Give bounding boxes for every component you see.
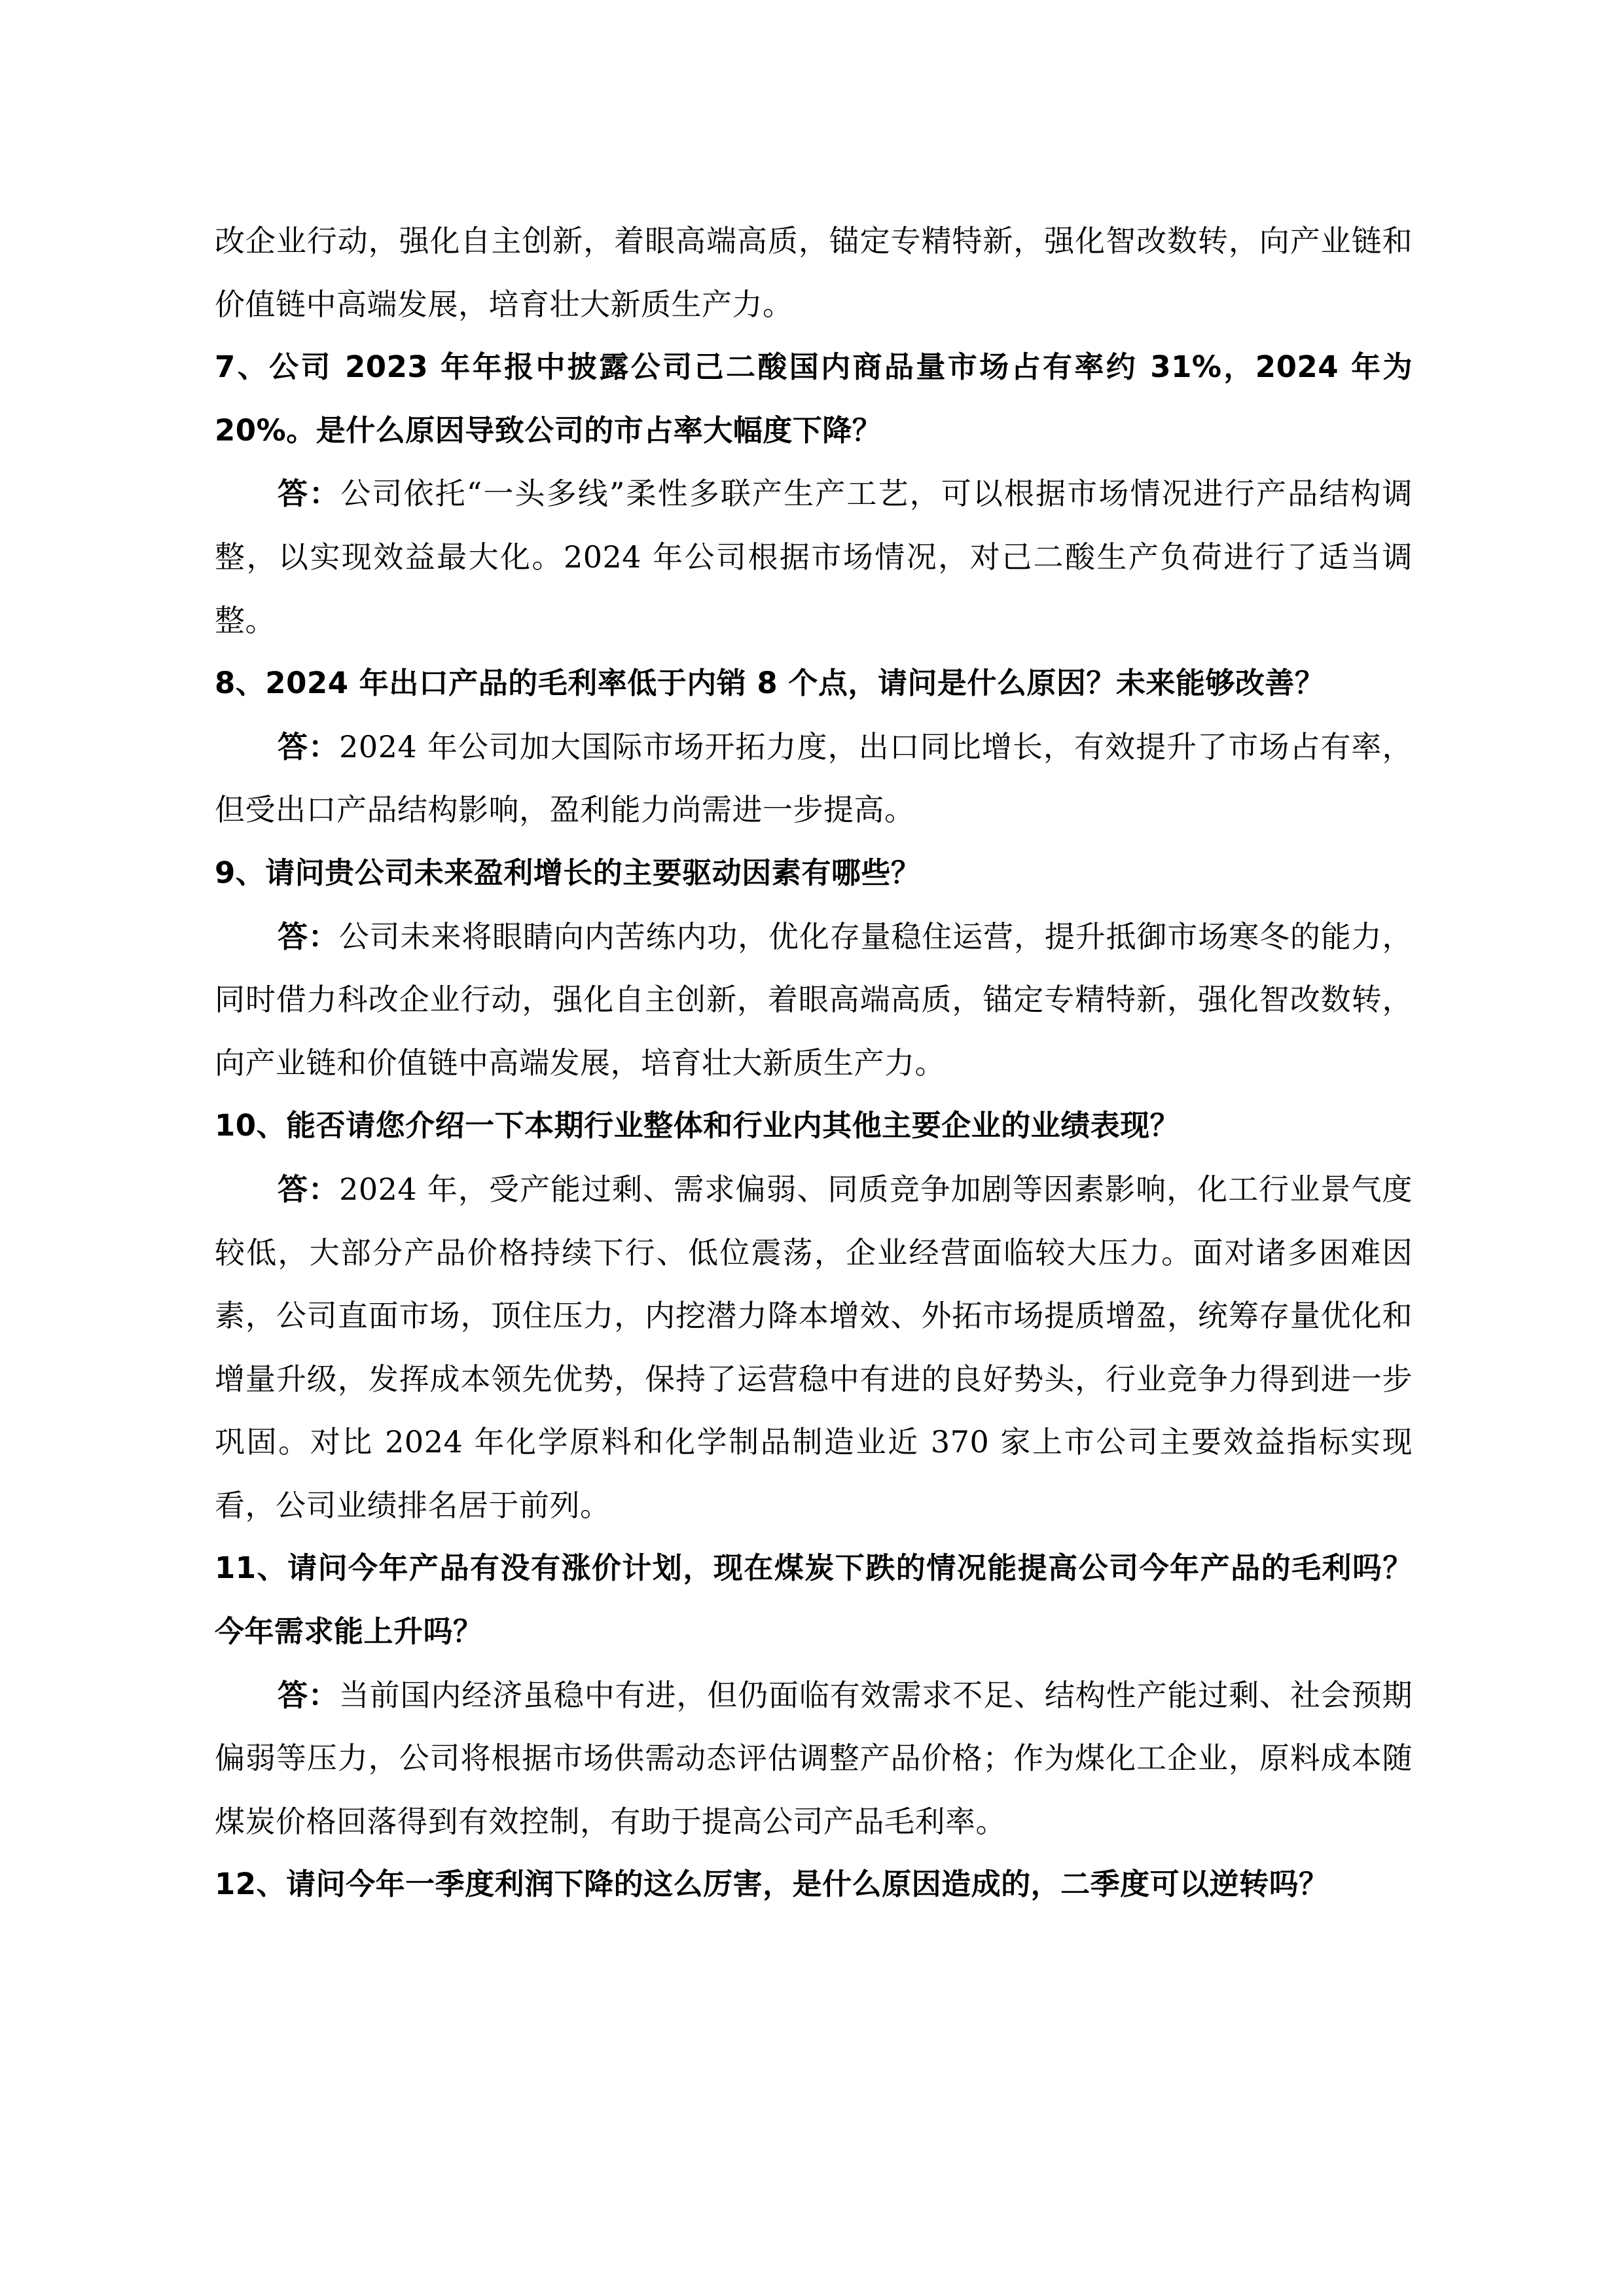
answer-9: 答：公司未来将眼睛向内苦练内功，优化存量稳住运营，提升抵御市场寒冬的能力，同时借… xyxy=(215,905,1413,1095)
question-12: 12、请问今年一季度利润下降的这么厉害，是什么原因造成的，二季度可以逆转吗？ xyxy=(215,1853,1413,1916)
answer-label: 答： xyxy=(278,1677,339,1713)
continuation-paragraph: 改企业行动，强化自主创新，着眼高端高质，锚定专精特新，强化智改数转，向产业链和价… xyxy=(215,209,1413,336)
answer-text: 公司未来将眼睛向内苦练内功，优化存量稳住运营，提升抵御市场寒冬的能力，同时借力科… xyxy=(215,919,1413,1081)
answer-8: 答：2024 年公司加大国际市场开拓力度，出口同比增长，有效提升了市场占有率，但… xyxy=(215,715,1413,842)
answer-label: 答： xyxy=(278,919,339,954)
answer-7: 答：公司依托“一头多线”柔性多联产生产工艺，可以根据市场情况进行产品结构调整，以… xyxy=(215,462,1413,652)
question-11: 11、请问今年产品有没有涨价计划，现在煤炭下跌的情况能提高公司今年产品的毛利吗？… xyxy=(215,1537,1413,1663)
question-8: 8、2024 年出口产品的毛利率低于内销 8 个点，请问是什么原因？未来能够改善… xyxy=(215,652,1413,715)
document-page: 改企业行动，强化自主创新，着眼高端高质，锚定专精特新，强化智改数转，向产业链和价… xyxy=(215,209,1413,1916)
answer-10: 答：2024 年，受产能过剩、需求偏弱、同质竞争加剧等因素影响，化工行业景气度较… xyxy=(215,1158,1413,1537)
answer-text: 2024 年，受产能过剩、需求偏弱、同质竞争加剧等因素影响，化工行业景气度较低，… xyxy=(215,1172,1413,1523)
answer-text: 当前国内经济虽稳中有进，但仍面临有效需求不足、结构性产能过剩、社会预期偏弱等压力… xyxy=(215,1677,1413,1839)
question-10: 10、能否请您介绍一下本期行业整体和行业内其他主要企业的业绩表现？ xyxy=(215,1094,1413,1158)
answer-11: 答：当前国内经济虽稳中有进，但仍面临有效需求不足、结构性产能过剩、社会预期偏弱等… xyxy=(215,1664,1413,1854)
answer-text: 公司依托“一头多线”柔性多联产生产工艺，可以根据市场情况进行产品结构调整，以实现… xyxy=(215,476,1413,637)
answer-label: 答： xyxy=(278,729,339,764)
answer-text: 2024 年公司加大国际市场开拓力度，出口同比增长，有效提升了市场占有率，但受出… xyxy=(215,729,1413,828)
question-9: 9、请问贵公司未来盈利增长的主要驱动因素有哪些？ xyxy=(215,842,1413,905)
question-7: 7、公司 2023 年年报中披露公司己二酸国内商品量市场占有率约 31%，202… xyxy=(215,336,1413,462)
answer-label: 答： xyxy=(278,476,340,511)
answer-label: 答： xyxy=(278,1172,339,1207)
